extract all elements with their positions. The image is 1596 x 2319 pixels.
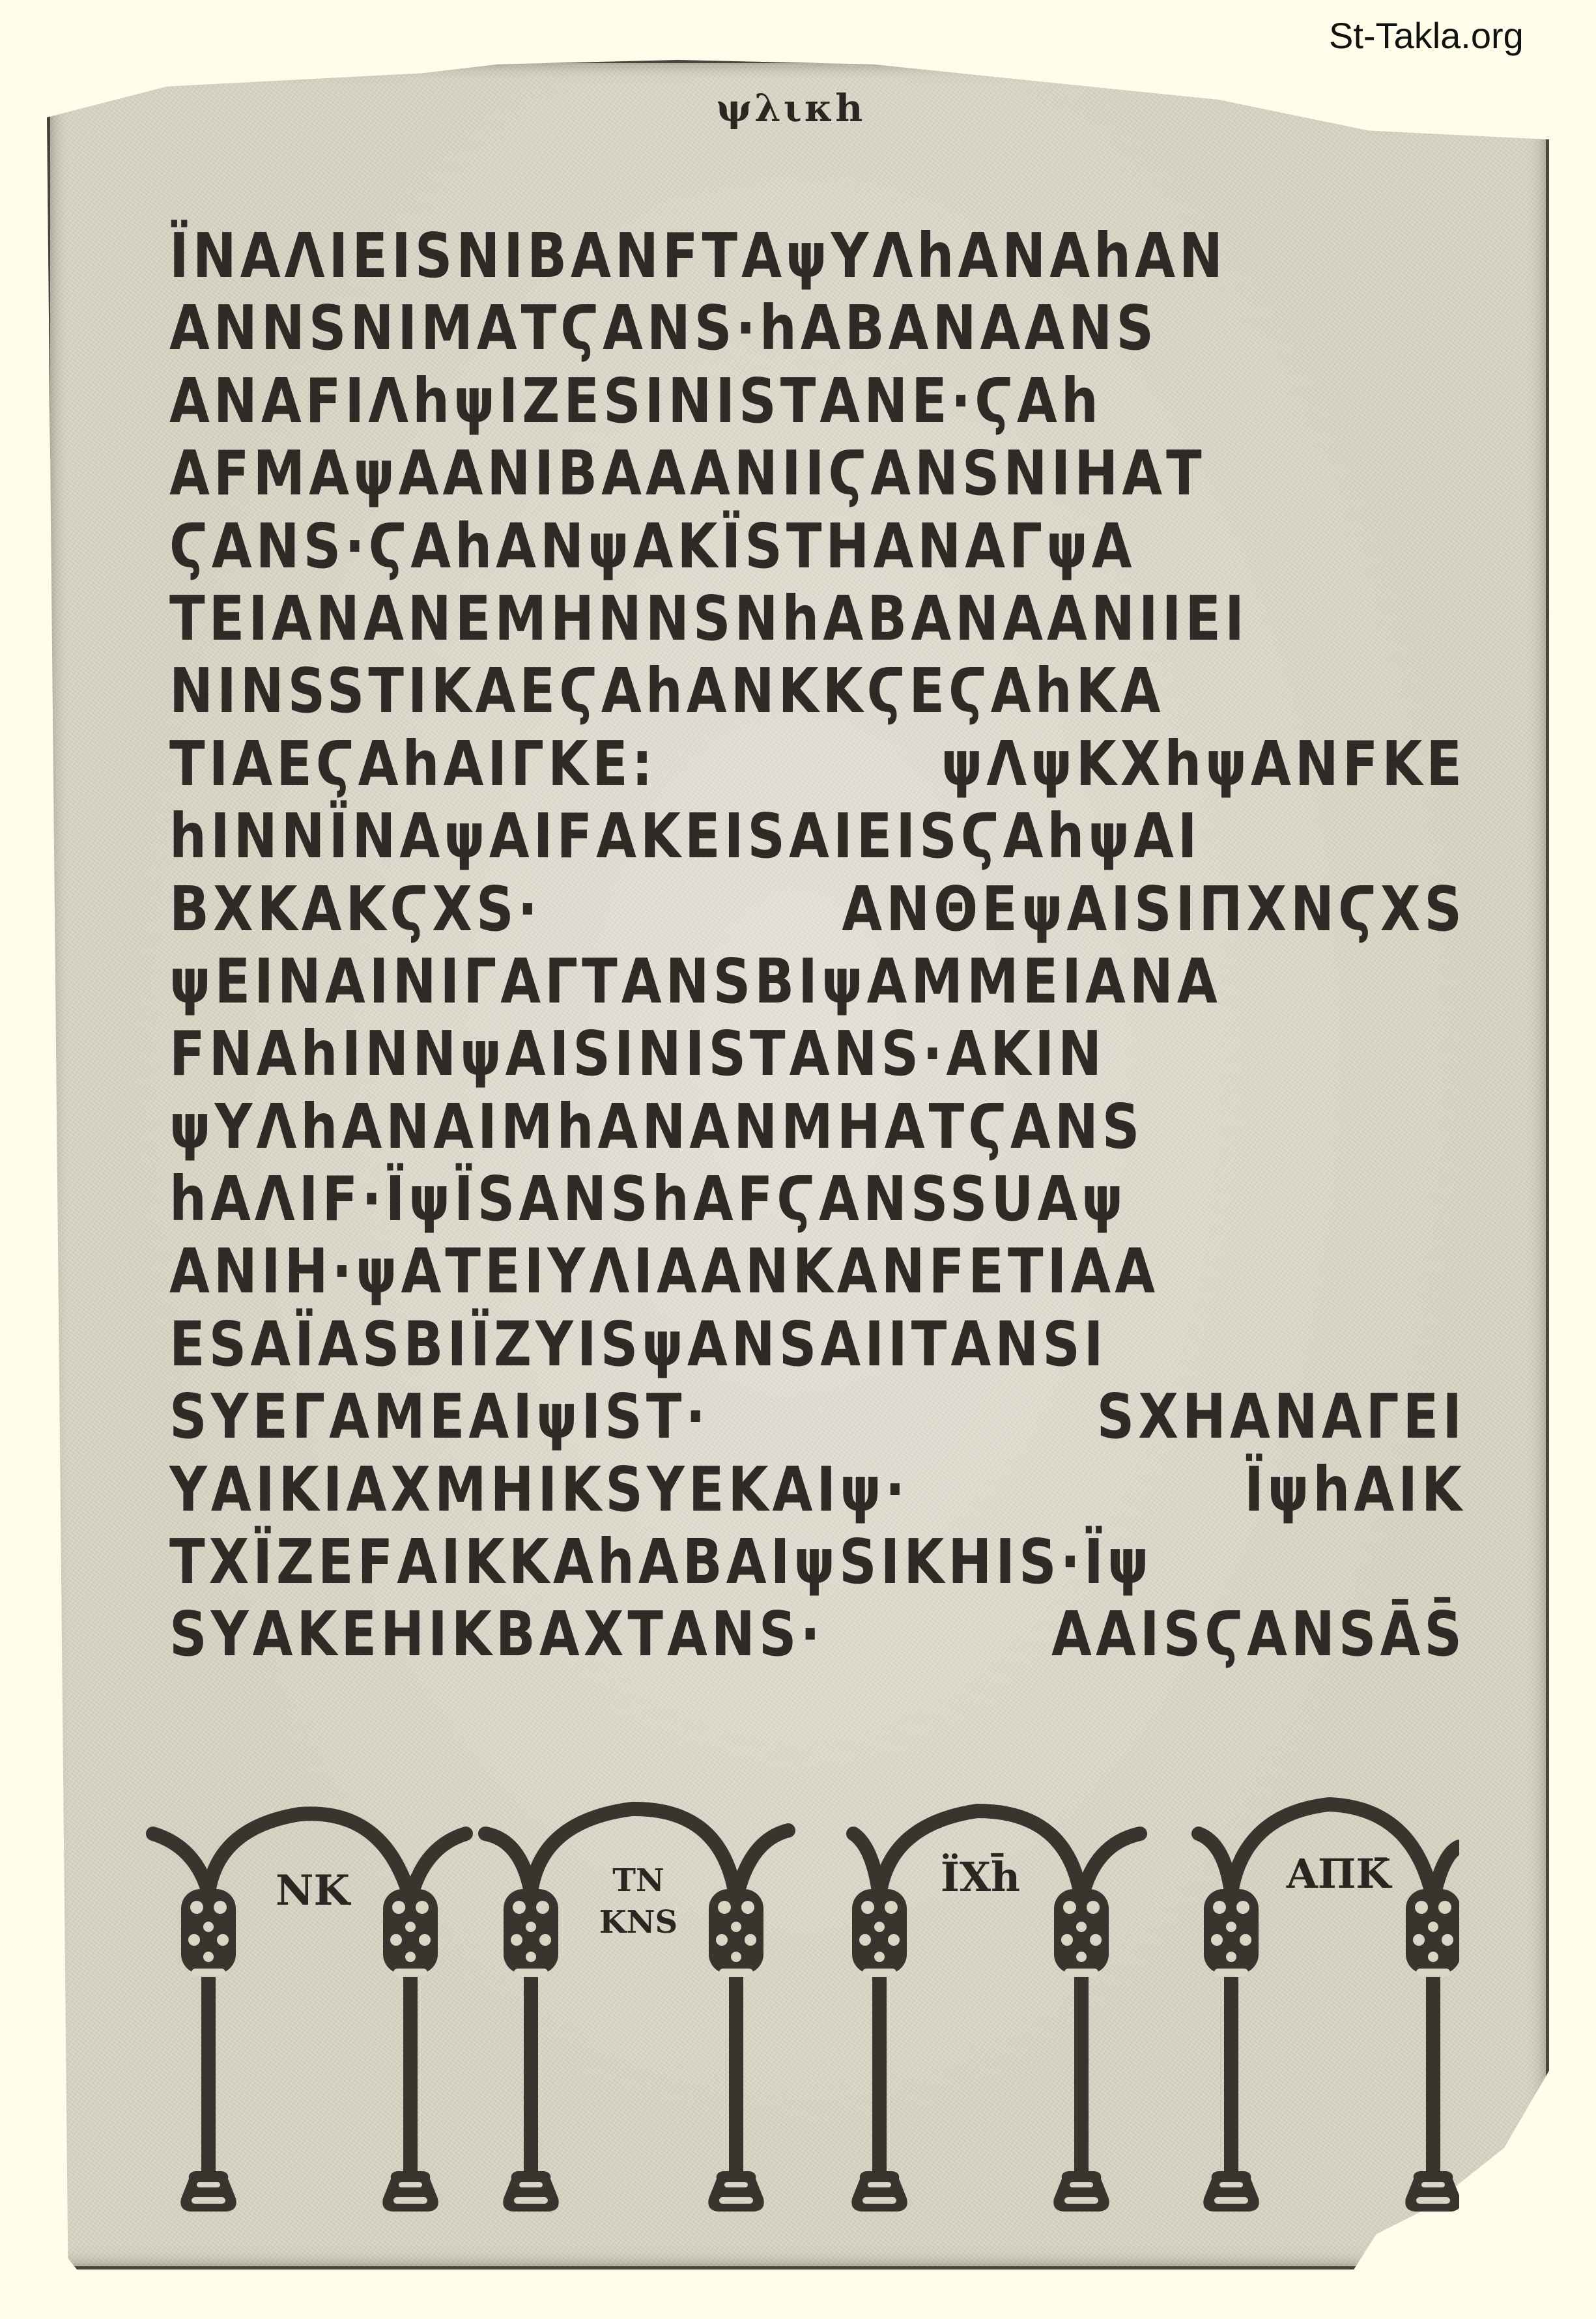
site-watermark: St-Takla.org xyxy=(1329,14,1524,57)
arch-label-4: ΑΠΚ̄ xyxy=(1280,1850,1397,1898)
arch-label-3: ΪΧh̄ xyxy=(922,1853,1039,1901)
text-line: SΥΑΚΕΗΙΚΒΑΧΤΑΝS· ΑΑΙSϚΑΝSᾹS̄ xyxy=(169,1591,1466,1677)
arch-label-2: ΤΝ ΚΝS xyxy=(586,1860,691,1943)
manuscript-text-block: ΪΝΑΛΙΕΙSΝΙΒΑΝϜΤΑψΥΛhΑΝΑhΑΝ ΑΝΝSΝΙΜΑΤϚΑΝS… xyxy=(169,220,1466,1671)
canon-table-arcade: ΝΚ ΤΝ ΚΝS ΪΧh̄ ΑΠΚ̄ xyxy=(137,1788,1459,2238)
arch-label-1: ΝΚ xyxy=(261,1866,365,1915)
running-head: ψλικh xyxy=(706,86,876,130)
arcade-illustration xyxy=(137,1788,1459,2238)
